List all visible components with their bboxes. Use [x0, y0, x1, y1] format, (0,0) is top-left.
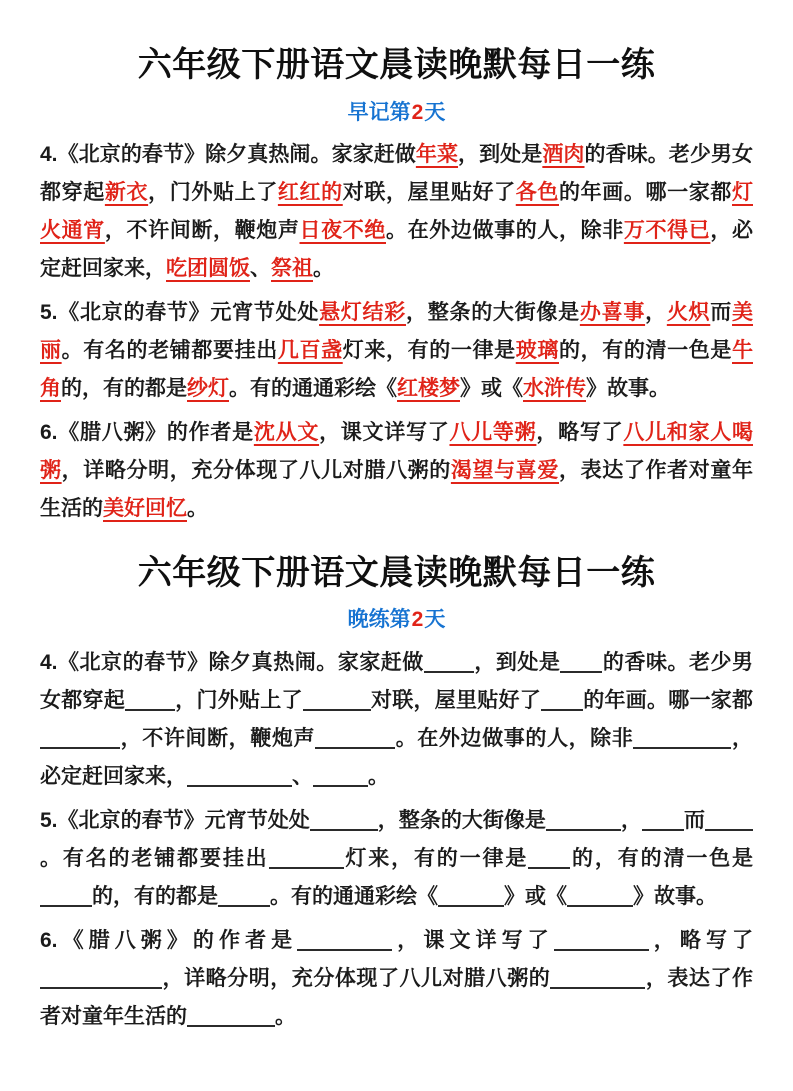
- paragraph-text: ，略写了: [649, 929, 753, 952]
- paragraph-text: ，: [645, 301, 667, 324]
- answer-text: 美好回忆: [103, 497, 187, 520]
- paragraph-text: 》故事。: [633, 885, 717, 908]
- paragraph-text: ，到处是: [474, 651, 561, 674]
- answer-text: 新衣: [105, 181, 148, 204]
- paragraph-text: 5.《北京的春节》元宵节处处: [40, 301, 319, 324]
- answer-text: 万不得已: [624, 219, 711, 242]
- fill-in-blank-line: [528, 849, 570, 869]
- fill-in-blank-line: [424, 653, 474, 673]
- paragraph-text: ，详略分明，充分体现了八儿对腊八粥的: [62, 459, 451, 482]
- question-paragraph-4-answered: 4.《北京的春节》除夕真热闹。家家赶做年菜，到处是酒肉的香味。老少男女都穿起新衣…: [40, 136, 753, 288]
- section-subtitle-evening: 晚练第2天: [40, 606, 753, 633]
- answer-text: 火炽: [667, 301, 710, 324]
- paragraph-text: ，整条的大街像是: [378, 809, 546, 832]
- paragraph-text: ，不许间断，鞭炮声: [105, 219, 300, 242]
- answer-text: 红红的: [278, 181, 343, 204]
- paragraph-text: 而: [710, 301, 732, 324]
- paragraph-text: ，门外贴上了: [175, 689, 303, 712]
- fill-in-blank-line: [546, 811, 621, 831]
- question-paragraph-5-answered: 5.《北京的春节》元宵节处处悬灯结彩，整条的大街像是办喜事，火炽而美丽。有名的老…: [40, 294, 753, 408]
- paragraph-text: 6.《腊八粥》的作者是: [40, 421, 254, 444]
- question-paragraph-5-blanks: 5.《北京的春节》元宵节处处，整条的大街像是，而。有名的老铺都要挂出灯来，有的一…: [40, 802, 753, 916]
- fill-in-blank-line: [633, 729, 731, 749]
- paragraph-text: 、: [292, 765, 313, 788]
- paragraph-text: 。: [187, 497, 208, 520]
- morning-section: 六年级下册语文晨读晚默每日一练 早记第2天 4.《北京的春节》除夕真热闹。家家赶…: [40, 44, 753, 528]
- paragraph-text: ，不许间断，鞭炮声: [120, 727, 315, 750]
- answer-text: 祭祖: [271, 257, 313, 280]
- section-subtitle-morning: 早记第2天: [40, 99, 753, 126]
- paragraph-text: ，门外贴上了: [148, 181, 278, 204]
- fill-in-blank-line: [642, 811, 684, 831]
- fill-in-blank-line: [269, 849, 344, 869]
- paragraph-text: 对联，屋里贴好了: [343, 181, 516, 204]
- paragraph-text: ，课文详写了: [392, 929, 554, 952]
- subtitle-prefix: 早记第: [348, 101, 411, 124]
- fill-in-blank-line: [40, 729, 120, 749]
- answer-text: 沈从文: [254, 421, 319, 444]
- paragraph-text: ，详略分明，充分体现了八儿对腊八粥的: [162, 967, 550, 990]
- evening-section: 六年级下册语文晨读晚默每日一练 晚练第2天 4.《北京的春节》除夕真热闹。家家赶…: [40, 552, 753, 1036]
- fill-in-blank-line: [567, 887, 633, 907]
- fill-in-blank-line: [187, 767, 292, 787]
- fill-in-blank-line: [125, 691, 175, 711]
- subtitle-day-number: 2: [411, 608, 425, 631]
- paragraph-text: 灯来，有的一律是: [344, 847, 529, 870]
- paragraph-text: ，略写了: [536, 421, 623, 444]
- fill-in-blank-line: [218, 887, 270, 907]
- worksheet-page: 六年级下册语文晨读晚默每日一练 早记第2天 4.《北京的春节》除夕真热闹。家家赶…: [0, 0, 793, 1091]
- paragraph-text: 、: [250, 257, 271, 280]
- fill-in-blank-line: [550, 969, 645, 989]
- paragraph-text: 》或《: [460, 377, 523, 400]
- fill-in-blank-line: [40, 969, 162, 989]
- fill-in-blank-line: [313, 767, 368, 787]
- paragraph-text: 。有名的老铺都要挂出: [62, 339, 278, 362]
- paragraph-text: ，整条的大街像是: [406, 301, 580, 324]
- subtitle-suffix: 天: [424, 101, 445, 124]
- paragraph-text: 4.《北京的春节》除夕真热闹。家家赶做: [40, 651, 424, 674]
- question-paragraph-6-answered: 6.《腊八粥》的作者是沈从文，课文详写了八儿等粥，略写了八儿和家人喝粥，详略分明…: [40, 414, 753, 528]
- page-title-evening: 六年级下册语文晨读晚默每日一练: [40, 552, 753, 595]
- subtitle-day-number: 2: [411, 101, 425, 124]
- paragraph-text: 。有名的老铺都要挂出: [40, 847, 269, 870]
- question-paragraph-4-blanks: 4.《北京的春节》除夕真热闹。家家赶做，到处是的香味。老少男女都穿起，门外贴上了…: [40, 644, 753, 796]
- answer-text: 吃团圆饭: [166, 257, 250, 280]
- answer-text: 几百盏: [278, 339, 343, 362]
- answer-text: 水浒传: [523, 377, 586, 400]
- paragraph-text: ，课文详写了: [319, 421, 449, 444]
- paragraph-text: 6.《腊八粥》的作者是: [40, 929, 297, 952]
- paragraph-text: 。: [275, 1005, 296, 1028]
- paragraph-text: 。: [313, 257, 334, 280]
- paragraph-text: 对联，屋里贴好了: [371, 689, 541, 712]
- paragraph-text: 的，有的清一色是: [570, 847, 753, 870]
- paragraph-text: 的，有的都是: [92, 885, 218, 908]
- fill-in-blank-line: [315, 729, 395, 749]
- fill-in-blank-line: [310, 811, 378, 831]
- paragraph-text: 。: [368, 765, 389, 788]
- fill-in-blank-line: [40, 887, 92, 907]
- paragraph-text: 的，有的都是: [61, 377, 187, 400]
- paragraph-text: 的年画。哪一家都: [559, 181, 732, 204]
- answer-text: 红楼梦: [397, 377, 460, 400]
- subtitle-prefix: 晚练第: [348, 608, 411, 631]
- answer-text: 纱灯: [187, 377, 229, 400]
- answer-text: 八儿等粥: [449, 421, 536, 444]
- paragraph-text: 4.《北京的春节》除夕真热闹。家家赶做: [40, 143, 416, 166]
- fill-in-blank-line: [541, 691, 583, 711]
- page-title: 六年级下册语文晨读晚默每日一练: [40, 44, 753, 87]
- answer-text: 日夜不绝: [300, 219, 387, 242]
- answer-text: 酒肉: [542, 143, 584, 166]
- paragraph-text: 。有的通通彩绘《: [270, 885, 438, 908]
- paragraph-text: 。有的通通彩绘《: [229, 377, 397, 400]
- paragraph-text: 5.《北京的春节》元宵节处处: [40, 809, 310, 832]
- fill-in-blank-line: [297, 931, 392, 951]
- paragraph-text: ，到处是: [458, 143, 542, 166]
- fill-in-blank-line: [438, 887, 504, 907]
- paragraph-text: 。在外边做事的人，除非: [386, 219, 624, 242]
- paragraph-text: 》故事。: [586, 377, 670, 400]
- answer-text: 年菜: [416, 143, 458, 166]
- question-paragraph-6-blanks: 6.《腊八粥》的作者是，课文详写了，略写了，详略分明，充分体现了八儿对腊八粥的，…: [40, 922, 753, 1036]
- paragraph-text: 的，有的清一色是: [559, 339, 732, 362]
- fill-in-blank-line: [554, 931, 649, 951]
- paragraph-text: 的年画。哪一家都: [583, 689, 753, 712]
- answer-text: 玻璃: [516, 339, 559, 362]
- fill-in-blank-line: [303, 691, 371, 711]
- paragraph-text: 而: [684, 809, 705, 832]
- answer-text: 悬灯结彩: [319, 301, 406, 324]
- paragraph-text: ，: [621, 809, 642, 832]
- fill-in-blank-line: [560, 653, 602, 673]
- answer-text: 办喜事: [580, 301, 645, 324]
- paragraph-text: 。在外边做事的人，除非: [395, 727, 633, 750]
- answer-text: 渴望与喜爱: [451, 459, 559, 482]
- fill-in-blank-line: [705, 811, 753, 831]
- subtitle-suffix: 天: [424, 608, 445, 631]
- paragraph-text: 》或《: [504, 885, 567, 908]
- fill-in-blank-line: [187, 1007, 275, 1027]
- answer-text: 各色: [516, 181, 559, 204]
- paragraph-text: 灯来，有的一律是: [343, 339, 516, 362]
